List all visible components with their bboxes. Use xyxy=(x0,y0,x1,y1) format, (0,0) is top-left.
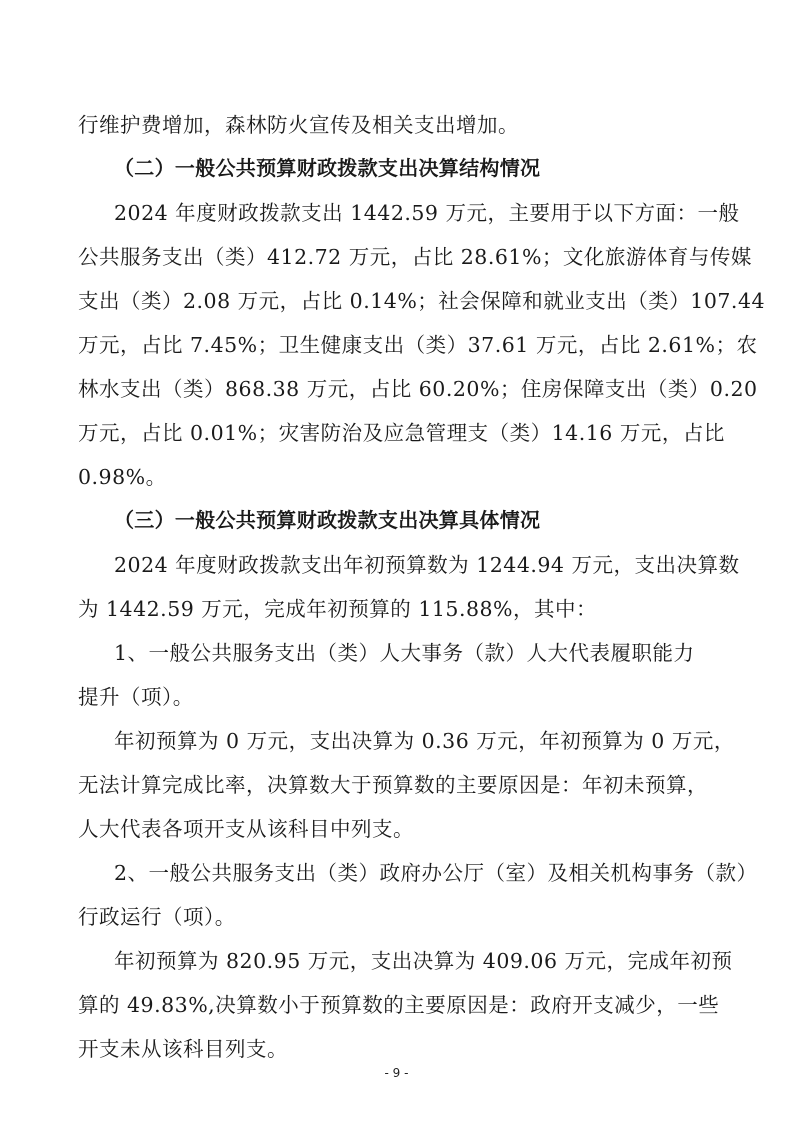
paragraph-line: 无法计算完成比率，决算数大于预算数的主要原因是：年初未预算， xyxy=(78,768,708,798)
page-number: - 9 - xyxy=(0,1066,793,1080)
paragraph-line: 人大代表各项开支从该科目中列支。 xyxy=(78,812,414,842)
paragraph-line: 林水支出（类）868.38 万元，占比 60.20%；住房保障支出（类）0.20 xyxy=(78,372,758,402)
paragraph-line: 2024 年度财政拨款支出年初预算数为 1244.94 万元，支出决算数 xyxy=(114,548,740,578)
paragraph-line: 算的 49.83%,决算数小于预算数的主要原因是：政府开支减少，一些 xyxy=(78,988,719,1018)
paragraph-line: 支出（类）2.08 万元，占比 0.14%；社会保障和就业支出（类）107.44 xyxy=(78,284,765,314)
paragraph-line: 公共服务支出（类）412.72 万元，占比 28.61%；文化旅游体育与传媒 xyxy=(78,240,752,270)
paragraph-line: 开支未从该科目列支。 xyxy=(78,1032,288,1062)
paragraph-line: 0.98%。 xyxy=(78,460,167,490)
list-item-2-title: 行政运行（项）。 xyxy=(78,900,236,930)
paragraph-line: 为 1442.59 万元，完成年初预算的 115.88%，其中： xyxy=(78,592,597,622)
paragraph-line: 万元，占比 7.45%；卫生健康支出（类）37.61 万元，占比 2.61%；农 xyxy=(78,328,757,358)
list-item-1-title: 提升（项）。 xyxy=(78,680,194,710)
section-heading-3: （三）一般公共预算财政拨款支出决算具体情况 xyxy=(114,504,540,533)
paragraph-line: 年初预算为 820.95 万元，支出决算为 409.06 万元，完成年初预 xyxy=(114,944,733,974)
paragraph-line: 行维护费增加，森林防火宣传及相关支出增加。 xyxy=(78,108,519,138)
paragraph-line: 万元，占比 0.01%；灾害防治及应急管理支（类）14.16 万元，占比 xyxy=(78,416,725,446)
list-item-2-title: 2、一般公共服务支出（类）政府办公厅（室）及相关机构事务（款） xyxy=(114,856,758,886)
list-item-1-title: 1、一般公共服务支出（类）人大事务（款）人大代表履职能力 xyxy=(114,636,695,666)
section-heading-2: （二）一般公共预算财政拨款支出决算结构情况 xyxy=(114,152,540,181)
paragraph-line: 2024 年度财政拨款支出 1442.59 万元，主要用于以下方面：一般 xyxy=(114,196,740,226)
paragraph-line: 年初预算为 0 万元，支出决算为 0.36 万元，年初预算为 0 万元， xyxy=(114,724,735,754)
